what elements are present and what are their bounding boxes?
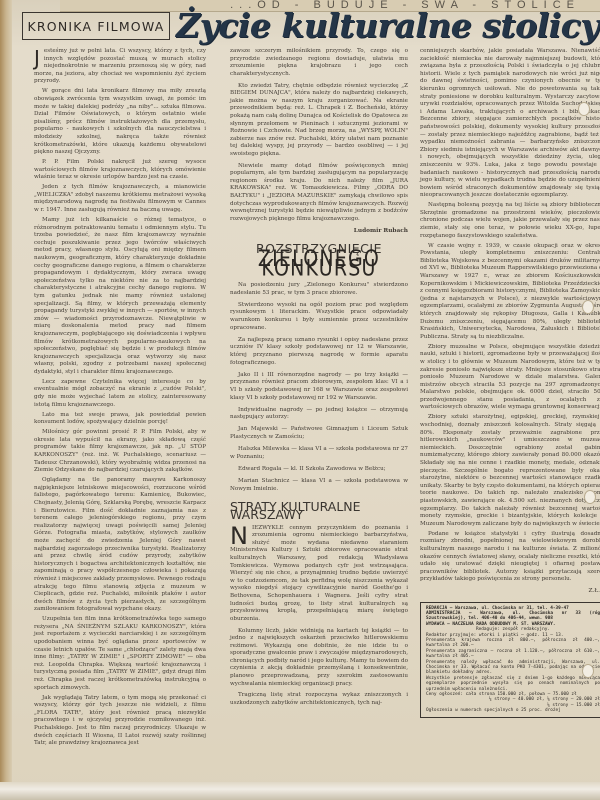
- article-paragraph: Niewiele mamy dotąd filmów poświęconych …: [230, 163, 408, 224]
- article-paragraph: Tragiczną listę strat rozpoczyna wykaz z…: [230, 692, 408, 707]
- author-signature: Ludomir Rubach: [230, 228, 408, 236]
- article-paragraph: Podane w książce statystyki i cyfry ilus…: [420, 531, 600, 584]
- section-title: KRONIKA FILMOWA: [28, 19, 165, 34]
- article-paragraph: Indywidualne nagrody — po jednej książce…: [230, 407, 408, 422]
- article-paragraph: Oglądamy na tle panoramy masywu Karkonos…: [34, 477, 206, 614]
- article-paragraph: P. P. Film Polski nakręcił już szereg wy…: [34, 159, 206, 182]
- article-paragraph: Kto zwiedzi Tatry, chętnie odbędzie równ…: [230, 83, 408, 159]
- page-bottom-edge: [0, 782, 600, 800]
- headline-straty-kulturalne: STRATY KULTURALNE WARSZAWY: [230, 503, 408, 518]
- imprint-line: Prenumerata krajowa roczna zł 800.—, pół…: [426, 638, 600, 649]
- paper-tear: [582, 664, 594, 678]
- column-middle: zawsze szczerym miłośnikiem przyrody. To…: [230, 48, 408, 712]
- masthead-title: Życie kulturalne stolicy: [176, 6, 596, 46]
- article-paragraph: zawsze szczerym miłośnikiem przyrody. To…: [230, 48, 408, 78]
- column-kronika-filmowa: Jesteśmy już w pełni lata. Ci wszyscy, k…: [34, 48, 206, 750]
- imprint-line: Wszystkie pretensje zgłaszać się z dniem…: [426, 676, 600, 692]
- headline-zielonego-konkursu: ZIELONEGO KONKURSU: [230, 256, 408, 273]
- article-konkurs: Na posiedzeniu jury „Zielonego Konkursu"…: [230, 282, 408, 493]
- paper-tear: [578, 102, 590, 116]
- paper-tear: [582, 300, 594, 314]
- article-paragraph: W gorące dni lata kronikarz filmowy ma m…: [34, 88, 206, 156]
- imprint-line: Prenumerata zagraniczna — roczna zł 1.12…: [426, 649, 600, 660]
- article-paragraph: Lato ma też swoje prawa, jak powiedział …: [34, 412, 206, 427]
- winner-entry: Marian Stachnicz — klasa VI a — szkoła p…: [230, 478, 408, 493]
- article-paragraph: Jako II i III równorzędne nagrody — po t…: [230, 372, 408, 402]
- imprint-line: ADMINISTRACJA — Warszawa, ul. Chocimska …: [426, 611, 600, 622]
- dropcap-letter: N: [230, 526, 248, 546]
- article-paragraph: Na posiedzeniu jury „Zielonego Konkursu"…: [230, 282, 408, 297]
- article-paragraph: cenniejszych skarbów, jakie posiadała Wa…: [420, 48, 600, 200]
- article-paragraph: Jak wyglądają Tatry latem, o tym mogą si…: [34, 695, 206, 748]
- article-paragraph: Kolumny liczb, jakie widnieją na kartach…: [230, 628, 408, 689]
- column-straty-continued: cenniejszych skarbów, jakie posiadała Wa…: [420, 48, 600, 718]
- article-paragraph: Jesteśmy już w pełni lata. Ci wszyscy, k…: [34, 48, 206, 86]
- article-paragraph: W czasie wojny r. 1939, w czasie okupacj…: [420, 243, 600, 342]
- dropcap-letter: J: [34, 49, 40, 67]
- article-paragraph: Mamy już ich kilkanaście o różnej tematy…: [34, 217, 206, 376]
- winner-entry: Jan Majewski — Państwowe Gimnazjum i Lic…: [230, 426, 408, 441]
- torn-left-edge: [0, 0, 12, 800]
- article-paragraph: Lecz zapewne Czytelnika więcej interesuj…: [34, 379, 206, 409]
- winner-entry: Halszka Milewska — klasa VI a — szkoła p…: [230, 446, 408, 461]
- paper-tear: [584, 490, 596, 504]
- imprint-line: Ogłoszenia w numerach specjalnych o 25 p…: [426, 708, 600, 713]
- article-paragraph: NIEZWYKLE cennym przyczynkiem do poznani…: [230, 525, 408, 624]
- article-paragraph: Uzupełnia ten film inna krótkometrażówka…: [34, 616, 206, 692]
- article-paragraph: Jeden z tych filmów krajoznawczych, a mi…: [34, 184, 206, 214]
- article-paragraph: Miłośnicy gór powinni prosić P. P. Film …: [34, 429, 206, 475]
- article-paragraph: Następną bolesną pozycją na tej liście s…: [420, 202, 600, 240]
- article-paragraph: Stwierdzono wysoki na ogół poziom prac p…: [230, 302, 408, 332]
- imprint-line: Prenumeratę należy wpłacać do administra…: [426, 660, 600, 676]
- winner-entry: Edward Rogala — kl. II Szkoła Zawodowa w…: [230, 466, 408, 474]
- newspaper-page: KRONIKA FILMOWA Życie kulturalne stolicy…: [14, 8, 598, 782]
- author-initials: Z.Ł.: [420, 588, 600, 596]
- section-box-kronika-filmowa: KRONIKA FILMOWA: [22, 12, 170, 40]
- article-paragraph: Zbiory muzealne w Polsce, obejmujące wsz…: [420, 344, 600, 412]
- article-paragraph: Za najlepszą pracę uznano rysunki i opis…: [230, 337, 408, 367]
- editorial-imprint-box: REDAKCJA — Warszawa, ul. Chocimska nr 31…: [420, 602, 600, 718]
- article-paragraph: Zbiory sztuki starożytnej, egipskiej, gr…: [420, 414, 600, 528]
